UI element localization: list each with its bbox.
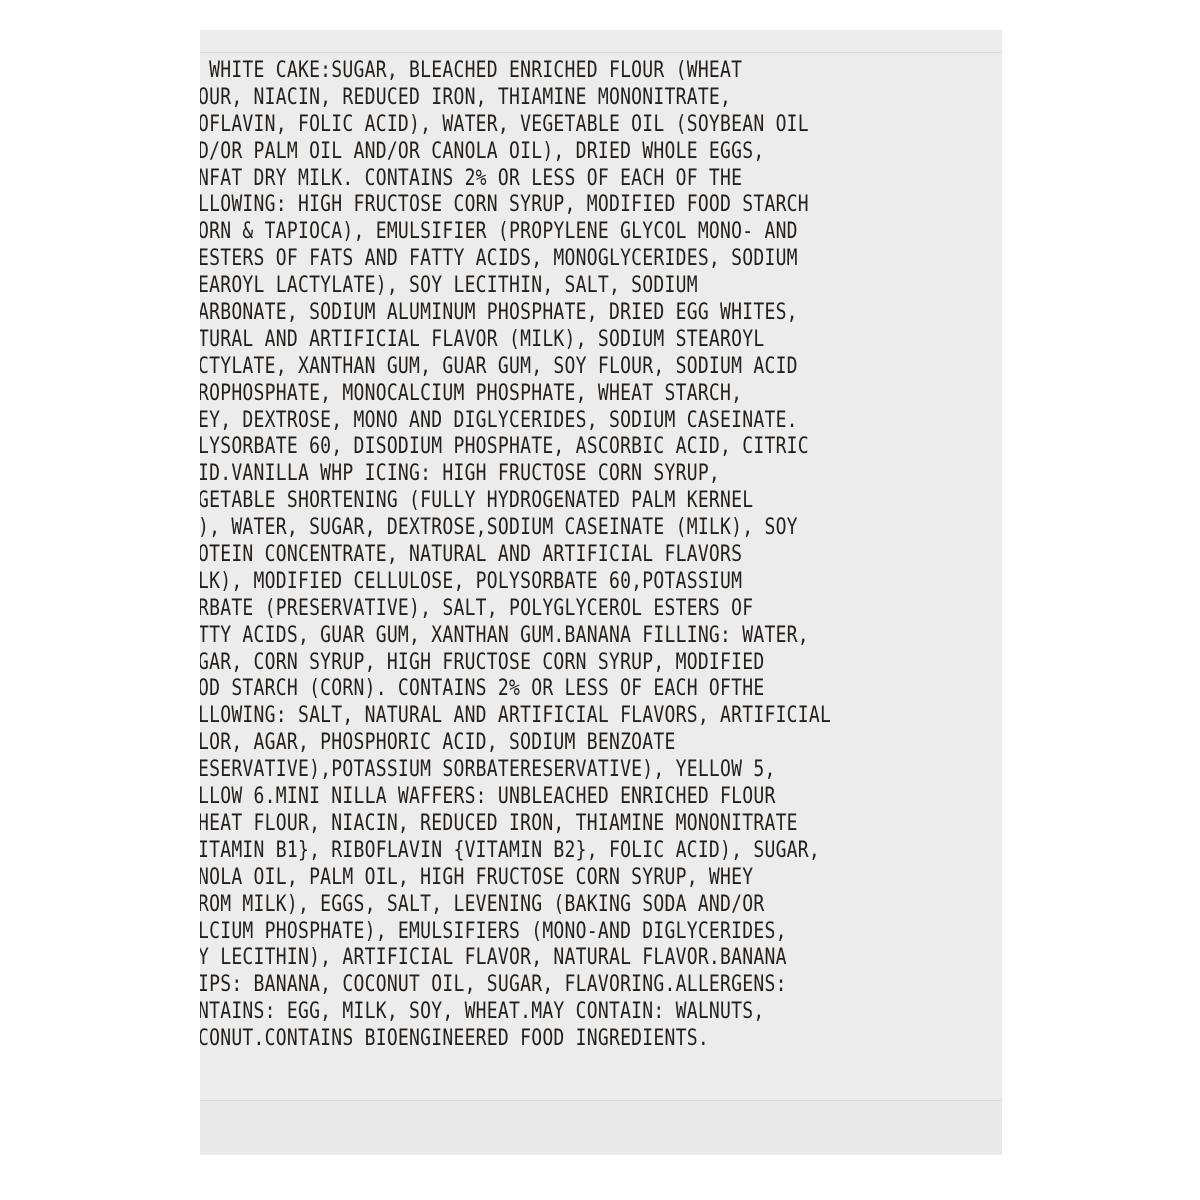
ingredient-label: WHITE CAKE:SUGAR, BLEACHED ENRICHED FLOU… — [200, 30, 1002, 1155]
ingredient-line: ROM MILK), EGGS, SALT, LEVENING (BAKING … — [200, 892, 857, 919]
ingredient-line: OD STARCH (CORN). CONTAINS 2% OR LESS OF… — [200, 676, 857, 703]
ingredient-line: NFAT DRY MILK. CONTAINS 2% OR LESS OF EA… — [200, 166, 857, 193]
ingredient-line: LYSORBATE 60, DISODIUM PHOSPHATE, ASCORB… — [200, 434, 857, 461]
ingredient-line: ID.VANILLA WHP ICING: HIGH FRUCTOSE CORN… — [200, 461, 857, 488]
ingredient-line: CTYLATE, XANTHAN GUM, GUAR GUM, SOY FLOU… — [200, 354, 857, 381]
ingredient-line: Y LECITHIN), ARTIFICIAL FLAVOR, NATURAL … — [200, 945, 857, 972]
ingredient-line: ARBONATE, SODIUM ALUMINUM PHOSPHATE, DRI… — [200, 300, 857, 327]
ingredient-line: ESERVATIVE),POTASSIUM SORBATERESERVATIVE… — [200, 757, 857, 784]
ingredient-line: ORN & TAPIOCA), EMULSIFIER (PROPYLENE GL… — [200, 219, 857, 246]
distributor-panel — [200, 1101, 1002, 1155]
ingredient-line: EAROYL LACTYLATE), SOY LECITHIN, SALT, S… — [200, 273, 857, 300]
ingredient-line: GETABLE SHORTENING (FULLY HYDROGENATED P… — [200, 488, 857, 515]
ingredient-line: D/OR PALM OIL AND/OR CANOLA OIL), DRIED … — [200, 139, 857, 166]
ingredient-line: GAR, CORN SYRUP, HIGH FRUCTOSE CORN SYRU… — [200, 650, 857, 677]
ingredient-line: OFLAVIN, FOLIC ACID), WATER, VEGETABLE O… — [200, 112, 857, 139]
ingredient-line: NOLA OIL, PALM OIL, HIGH FRUCTOSE CORN S… — [200, 865, 857, 892]
ingredient-line: LLOW 6.MINI NILLA WAFFERS: UNBLEACHED EN… — [200, 784, 857, 811]
ingredient-line: WHITE CAKE:SUGAR, BLEACHED ENRICHED FLOU… — [200, 58, 857, 85]
ingredient-line: LOR, AGAR, PHOSPHORIC ACID, SODIUM BENZO… — [200, 730, 857, 757]
ingredient-line: LLOWING: HIGH FRUCTOSE CORN SYRUP, MODIF… — [200, 192, 857, 219]
ingredient-line: ITAMIN B1}, RIBOFLAVIN {VITAMIN B2}, FOL… — [200, 838, 857, 865]
ingredient-line: LLOWING: SALT, NATURAL AND ARTIFICIAL FL… — [200, 703, 857, 730]
ingredient-line: TURAL AND ARTIFICIAL FLAVOR (MILK), SODI… — [200, 327, 857, 354]
ingredient-line: ROPHOSPHATE, MONOCALCIUM PHOSPHATE, WHEA… — [200, 381, 857, 408]
ingredient-line: CONUT.CONTAINS BIOENGINEERED FOOD INGRED… — [200, 1026, 857, 1053]
ingredient-line: OUR, NIACIN, REDUCED IRON, THIAMINE MONO… — [200, 85, 857, 112]
ingredient-line: OTEIN CONCENTRATE, NATURAL AND ARTIFICIA… — [200, 542, 857, 569]
ingredient-line: EY, DEXTROSE, MONO AND DIGLYCERIDES, SOD… — [200, 408, 857, 435]
ingredient-line: ESTERS OF FATS AND FATTY ACIDS, MONOGLYC… — [200, 246, 857, 273]
ingredient-line: TTY ACIDS, GUAR GUM, XANTHAN GUM.BANANA … — [200, 623, 857, 650]
ingredient-line: HEAT FLOUR, NIACIN, REDUCED IRON, THIAMI… — [200, 811, 857, 838]
ingredient-line: NTAINS: EGG, MILK, SOY, WHEAT.MAY CONTAI… — [200, 999, 857, 1026]
ingredients-text-block: WHITE CAKE:SUGAR, BLEACHED ENRICHED FLOU… — [200, 58, 1002, 1053]
label-top-edge-line — [200, 52, 1002, 53]
ingredient-line: LK), MODIFIED CELLULOSE, POLYSORBATE 60,… — [200, 569, 857, 596]
ingredient-line: ), WATER, SUGAR, DEXTROSE,SODIUM CASEINA… — [200, 515, 857, 542]
ingredient-line: RBATE (PRESERVATIVE), SALT, POLYGLYCEROL… — [200, 596, 857, 623]
ingredient-line: LCIUM PHOSPHATE), EMULSIFIERS (MONO-AND … — [200, 919, 857, 946]
ingredient-line: IPS: BANANA, COCONUT OIL, SUGAR, FLAVORI… — [200, 972, 857, 999]
